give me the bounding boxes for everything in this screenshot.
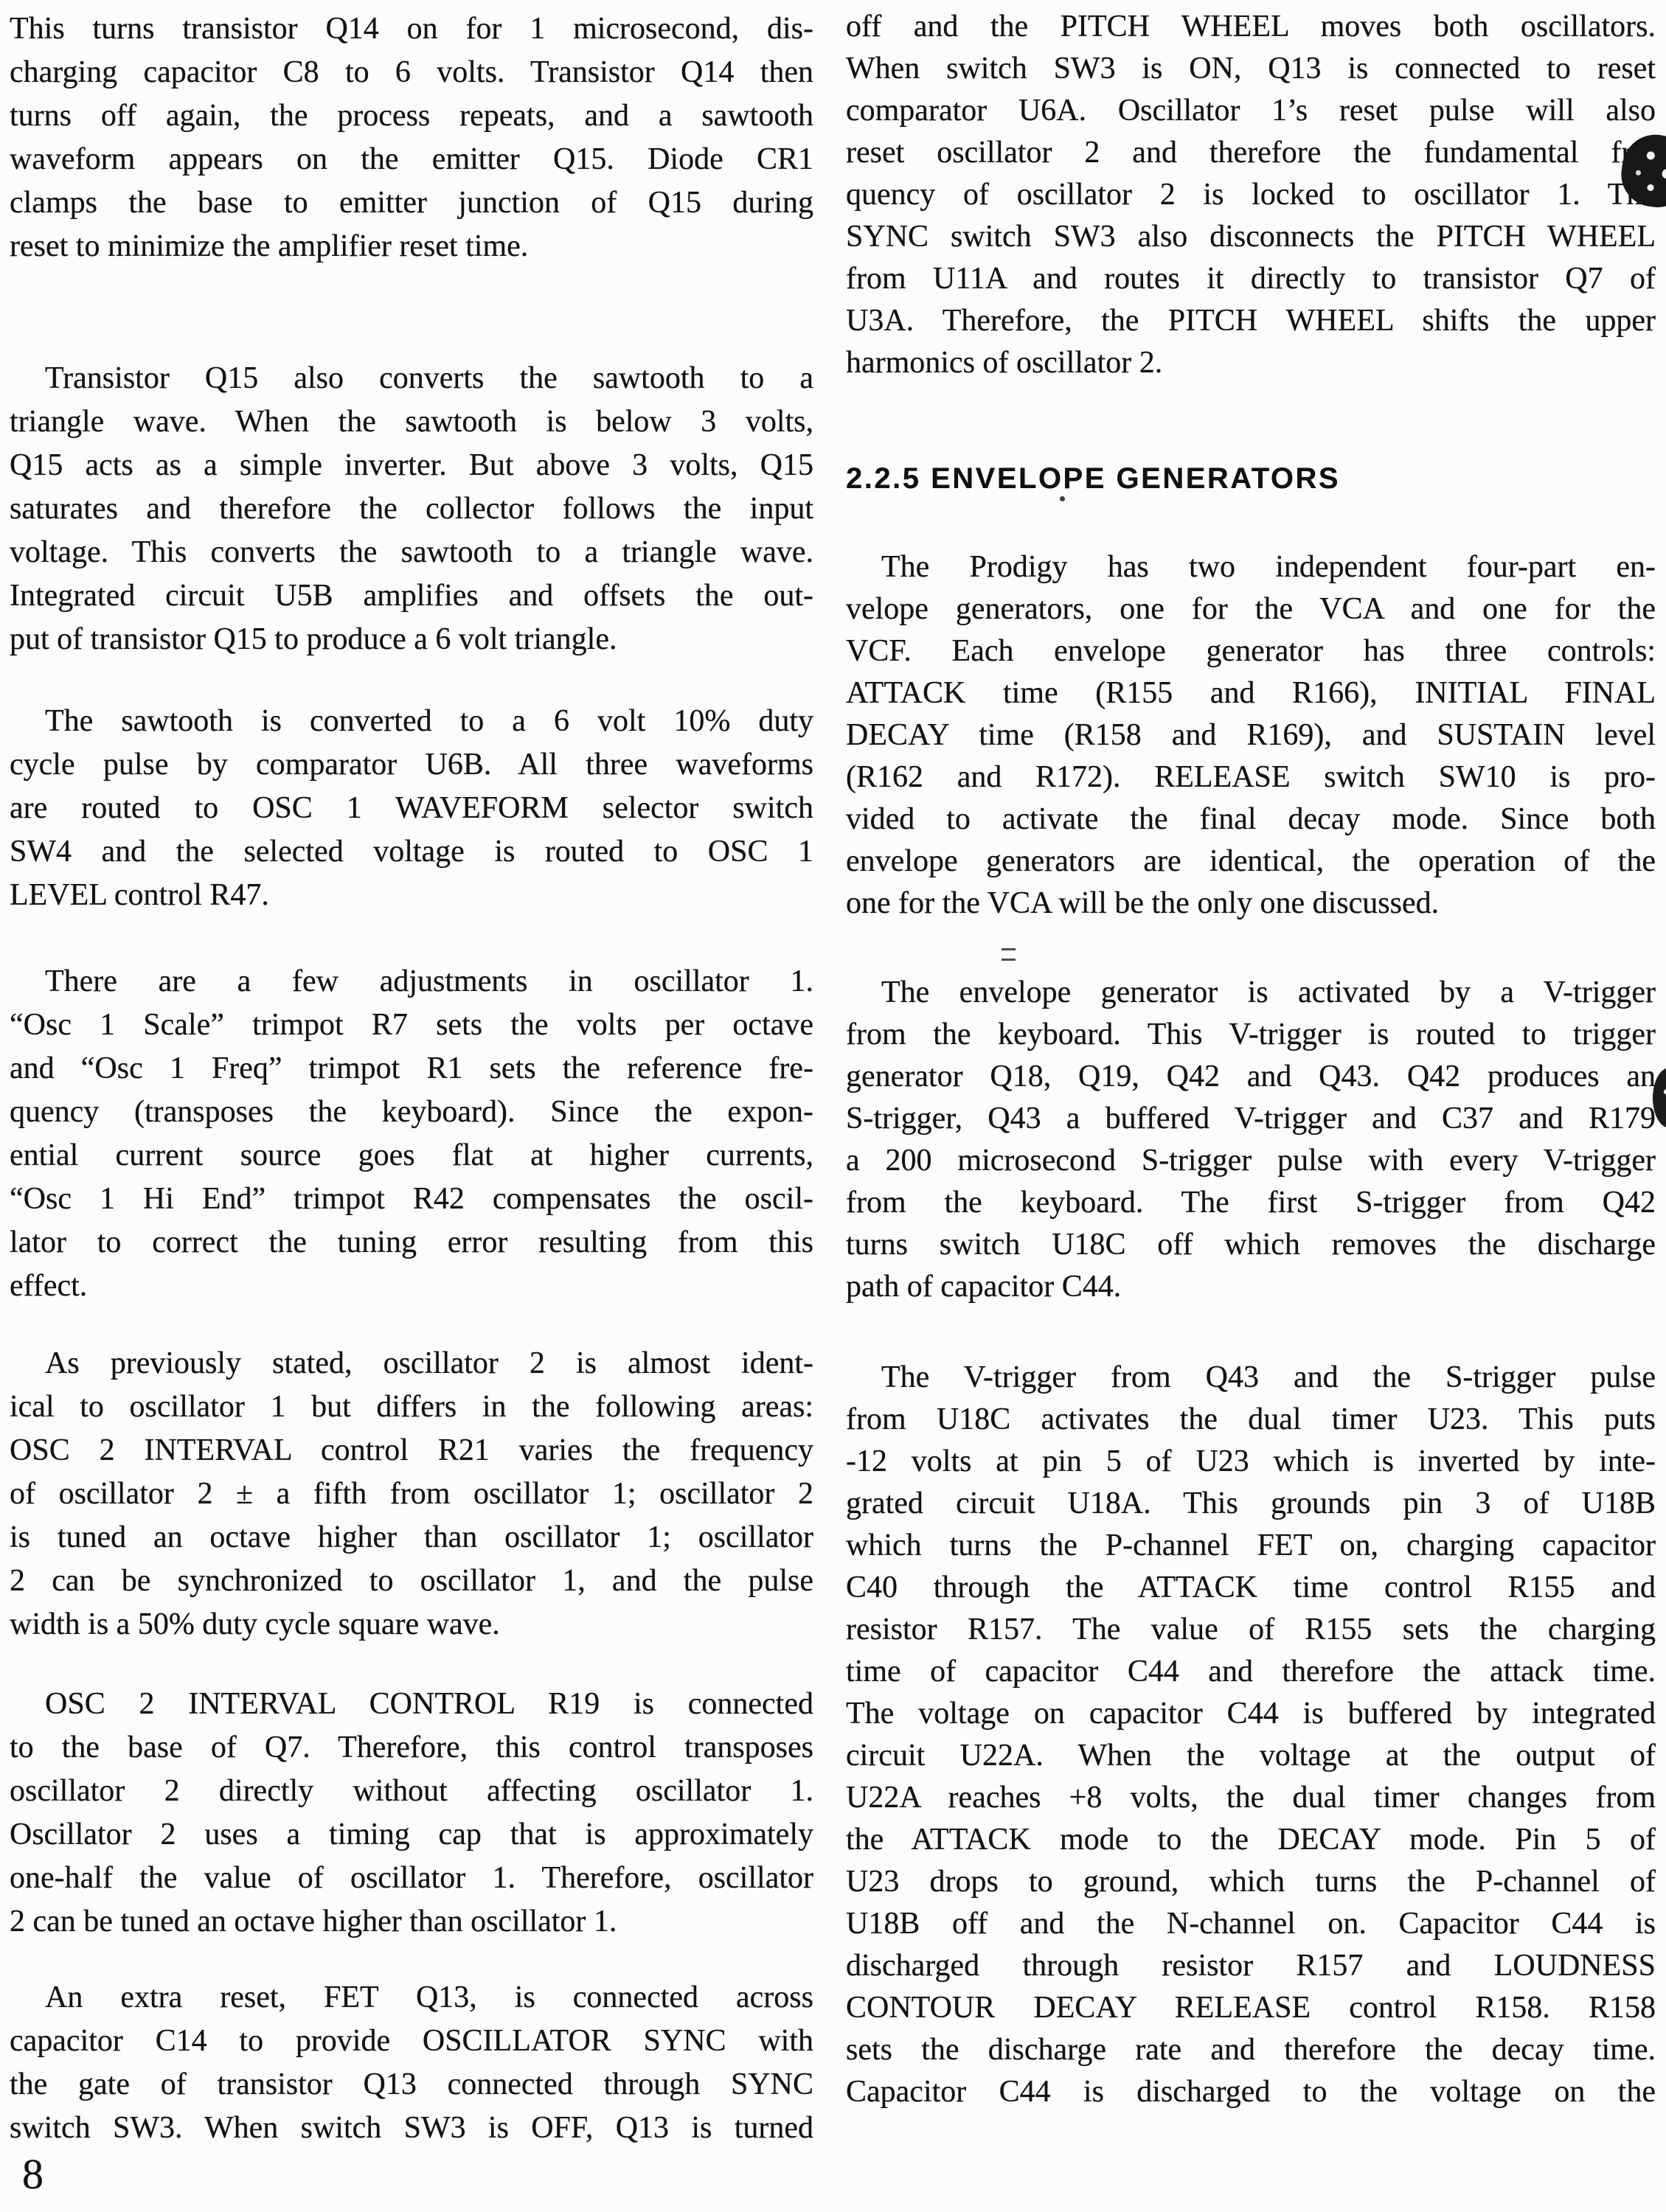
paragraph: As previously stated, oscillator 2 is al… (10, 1342, 813, 1646)
paragraph: There are a few adjustments in oscillato… (10, 960, 813, 1308)
text-line: envelope generators are identical, the o… (846, 841, 1656, 883)
text-line: 2 can be synchronized to oscillator 1, a… (10, 1559, 813, 1603)
column-right: off and the PITCH WHEEL moves both oscil… (846, 0, 1656, 2113)
text-line: quency (transposes the keyboard). Since … (10, 1091, 813, 1134)
text-line: VCF. Each envelope generator has three c… (846, 630, 1656, 672)
text-line: DECAY time (R158 and R169), and SUSTAIN … (846, 714, 1656, 757)
text-line: ential current source goes flat at highe… (10, 1134, 813, 1178)
text-line: 2 can be tuned an octave higher than osc… (10, 1900, 813, 1944)
page-number: 8 (22, 2149, 44, 2199)
text-line: from the keyboard. This V-trigger is rou… (846, 1014, 1656, 1056)
paragraph: An extra reset, FET Q13, is connected ac… (10, 1976, 813, 2150)
text-line: discharged through resistor R157 and LOU… (846, 1945, 1656, 1987)
text-line: (R162 and R172). RELEASE switch SW10 is … (846, 757, 1656, 799)
text-line: The V-trigger from Q43 and the S-trigger… (846, 1357, 1656, 1399)
text-line: ATTACK time (R155 and R166), INITIAL FIN… (846, 672, 1656, 714)
paragraph: This turns transistor Q14 on for 1 micro… (10, 7, 813, 268)
text-line: to the base of Q7. Therefore, this contr… (10, 1726, 813, 1770)
text-line: path of capacitor C44. (846, 1266, 1656, 1308)
scanned-manual-page: This turns transistor Q14 on for 1 micro… (0, 0, 1666, 2212)
text-line: quency of oscillator 2 is locked to osci… (846, 174, 1656, 216)
text-line: effect. (10, 1265, 813, 1308)
text-line: CONTOUR DECAY RELEASE control R158. R158 (846, 1987, 1656, 2029)
text-line: vided to activate the final decay mode. … (846, 799, 1656, 841)
text-line: cycle pulse by comparator U6B. All three… (10, 743, 813, 787)
text-line: U22A reaches +8 volts, the dual timer ch… (846, 1777, 1656, 1819)
text-line: and “Osc 1 Freq” trimpot R1 sets the ref… (10, 1047, 813, 1091)
section-heading: 2.2.5 ENVELOPE GENERATORS (846, 461, 1656, 496)
paragraph: off and the PITCH WHEEL moves both oscil… (846, 6, 1656, 384)
paragraph: The envelope generator is activated by a… (846, 972, 1656, 1308)
text-line: C40 through the ATTACK time control R155… (846, 1567, 1656, 1609)
text-line: one for the VCA will be the only one dis… (846, 883, 1656, 925)
text-line: time of capacitor C44 and therefore the … (846, 1651, 1656, 1693)
text-line: “Osc 1 Scale” trimpot R7 sets the volts … (10, 1004, 813, 1047)
text-line: The sawtooth is converted to a 6 volt 10… (10, 700, 813, 743)
text-line: Capacitor C44 is discharged to the volta… (846, 2071, 1656, 2113)
text-line: U18B off and the N-channel on. Capacitor… (846, 1903, 1656, 1945)
text-line: This turns transistor Q14 on for 1 micro… (10, 7, 813, 51)
text-line: is tuned an octave higher than oscillato… (10, 1516, 813, 1559)
text-line: -12 volts at pin 5 of U23 which is inver… (846, 1441, 1656, 1483)
text-line: comparator U6A. Oscillator 1’s reset pul… (846, 90, 1656, 132)
text-line: capacitor C14 to provide OSCILLATOR SYNC… (10, 2020, 813, 2063)
text-line: triangle wave. When the sawtooth is belo… (10, 400, 813, 444)
text-line: LEVEL control R47. (10, 874, 813, 917)
text-line: from the keyboard. The first S-trigger f… (846, 1182, 1656, 1224)
text-line: OSC 2 INTERVAL control R21 varies the fr… (10, 1429, 813, 1472)
text-line: Transistor Q15 also converts the sawtoot… (10, 357, 813, 400)
text-line: SW4 and the selected voltage is routed t… (10, 830, 813, 874)
text-line: As previously stated, oscillator 2 is al… (10, 1342, 813, 1385)
text-line: U3A. Therefore, the PITCH WHEEL shifts t… (846, 300, 1656, 342)
text-line: from U18C activates the dual timer U23. … (846, 1399, 1656, 1441)
text-line: voltage. This converts the sawtooth to a… (10, 531, 813, 574)
paragraph: The V-trigger from Q43 and the S-trigger… (846, 1357, 1656, 2113)
text-line: SYNC switch SW3 also disconnects the PIT… (846, 216, 1656, 258)
text-line: The Prodigy has two independent four-par… (846, 546, 1656, 588)
text-line: An extra reset, FET Q13, is connected ac… (10, 1976, 813, 2020)
text-line: charging capacitor C8 to 6 volts. Transi… (10, 51, 813, 94)
text-line: a 200 microsecond S-trigger pulse with e… (846, 1140, 1656, 1182)
text-line: off and the PITCH WHEEL moves both oscil… (846, 6, 1656, 48)
text-line: turns off again, the process repeats, an… (10, 94, 813, 138)
text-line: switch SW3. When switch SW3 is OFF, Q13 … (10, 2107, 813, 2150)
text-line: saturates and therefore the collector fo… (10, 487, 813, 531)
scan-speck-artifact (1002, 948, 1016, 961)
text-line: circuit U22A. When the voltage at the ou… (846, 1735, 1656, 1777)
text-line: resistor R157. The value of R155 sets th… (846, 1609, 1656, 1651)
text-line: the ATTACK mode to the DECAY mode. Pin 5… (846, 1819, 1656, 1861)
paragraph: The Prodigy has two independent four-par… (846, 546, 1656, 925)
paragraph: The sawtooth is converted to a 6 volt 10… (10, 700, 813, 917)
text-line: S-trigger, Q43 a buffered V-trigger and … (846, 1098, 1656, 1140)
text-line: of oscillator 2 ± a fifth from oscillato… (10, 1472, 813, 1516)
text-line: velope generators, one for the VCA and o… (846, 588, 1656, 630)
text-line: are routed to OSC 1 WAVEFORM selector sw… (10, 787, 813, 830)
text-line: There are a few adjustments in oscillato… (10, 960, 813, 1004)
text-line: generator Q18, Q19, Q42 and Q43. Q42 pro… (846, 1056, 1656, 1098)
text-line: Oscillator 2 uses a timing cap that is a… (10, 1813, 813, 1857)
text-line: turns switch U18C off which removes the … (846, 1224, 1656, 1266)
text-line: waveform appears on the emitter Q15. Dio… (10, 138, 813, 181)
text-line: one-half the value of oscillator 1. Ther… (10, 1857, 813, 1900)
text-line: lator to correct the tuning error result… (10, 1221, 813, 1265)
text-line: grated circuit U18A. This grounds pin 3 … (846, 1483, 1656, 1525)
scan-speck-artifact (1060, 496, 1065, 501)
text-line: which turns the P-channel FET on, chargi… (846, 1525, 1656, 1567)
text-line: put of transistor Q15 to produce a 6 vol… (10, 618, 813, 661)
text-line: The voltage on capacitor C44 is buffered… (846, 1693, 1656, 1735)
text-line: “Osc 1 Hi End” trimpot R42 compensates t… (10, 1178, 813, 1221)
text-line: oscillator 2 directly without affecting … (10, 1770, 813, 1813)
text-line: reset to minimize the amplifier reset ti… (10, 225, 813, 268)
text-line: the gate of transistor Q13 connected thr… (10, 2063, 813, 2107)
text-line: U23 drops to ground, which turns the P-c… (846, 1861, 1656, 1903)
text-line: OSC 2 INTERVAL CONTROL R19 is connected (10, 1683, 813, 1726)
text-line: reset oscillator 2 and therefore the fun… (846, 132, 1656, 174)
text-line: harmonics of oscillator 2. (846, 342, 1656, 384)
text-line: When switch SW3 is ON, Q13 is connected … (846, 48, 1656, 90)
text-line: from U11A and routes it directly to tran… (846, 258, 1656, 300)
column-left: This turns transistor Q14 on for 1 micro… (10, 0, 813, 2150)
text-line: The envelope generator is activated by a… (846, 972, 1656, 1014)
text-line: Q15 acts as a simple inverter. But above… (10, 444, 813, 487)
paragraph: Transistor Q15 also converts the sawtoot… (10, 357, 813, 661)
text-line: sets the discharge rate and therefore th… (846, 2029, 1656, 2071)
text-line: Integrated circuit U5B amplifies and off… (10, 574, 813, 618)
text-line: clamps the base to emitter junction of Q… (10, 181, 813, 225)
text-line: ical to oscillator 1 but differs in the … (10, 1385, 813, 1429)
text-line: width is a 50% duty cycle square wave. (10, 1603, 813, 1646)
paragraph: OSC 2 INTERVAL CONTROL R19 is connectedt… (10, 1683, 813, 1944)
